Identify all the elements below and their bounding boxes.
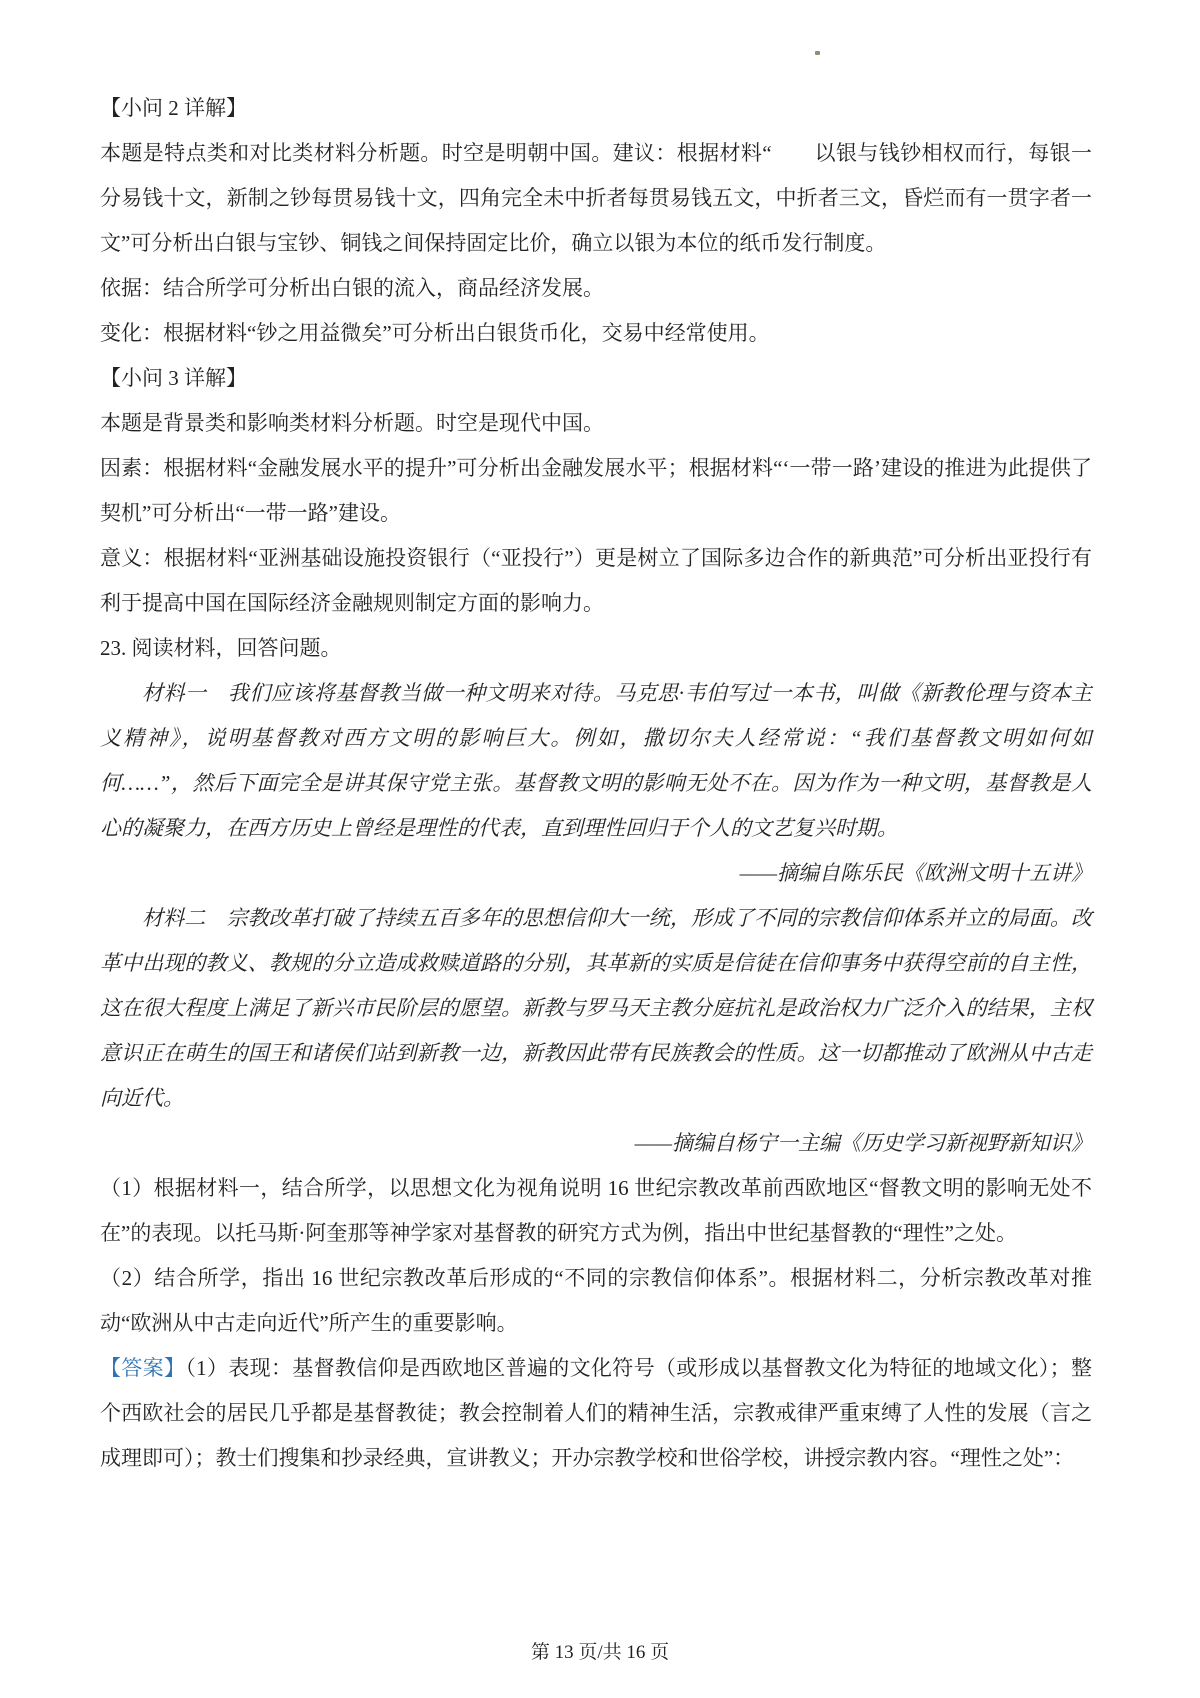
question-23-part-1: （1）根据材料一，结合所学，以思想文化为视角说明 16 世纪宗教改革前西欧地区“…: [100, 1166, 1092, 1256]
question-23-part-2: （2）结合所学，指出 16 世纪宗教改革后形成的“不同的宗教信仰体系”。根据材料…: [100, 1256, 1092, 1346]
answer-text: （1）表现：基督教信仰是西欧地区普遍的文化符号（或形成以基督教文化为特征的地域文…: [100, 1356, 1092, 1470]
answer-paragraph: 【答案】（1）表现：基督教信仰是西欧地区普遍的文化符号（或形成以基督教文化为特征…: [100, 1346, 1092, 1481]
subquestion-2-analysis: 本题是特点类和对比类材料分析题。时空是明朝中国。建议：根据材料“ 以银与钱钞相权…: [100, 131, 1092, 266]
document-page: 【小问 2 详解】 本题是特点类和对比类材料分析题。时空是明朝中国。建议：根据材…: [0, 0, 1200, 1698]
page-mark-dot: [815, 51, 820, 55]
question-23-intro: 23. 阅读材料，回答问题。: [100, 626, 1092, 671]
material-two-text: 材料二 宗教改革打破了持续五百多年的思想信仰大一统，形成了不同的宗教信仰体系并立…: [100, 896, 1092, 1121]
answer-label: 【答案】: [100, 1356, 185, 1380]
subquestion-3-significance: 意义：根据材料“亚洲基础设施投资银行（“亚投行”）更是树立了国际多边合作的新典范…: [100, 536, 1092, 626]
document-body: 【小问 2 详解】 本题是特点类和对比类材料分析题。时空是明朝中国。建议：根据材…: [100, 86, 1092, 1481]
material-one-source: ——摘编自陈乐民《欧洲文明十五讲》: [100, 851, 1092, 896]
subquestion-3-factors: 因素：根据材料“金融发展水平的提升”可分析出金融发展水平；根据材料“‘一带一路’…: [100, 446, 1092, 536]
material-two-source: ——摘编自杨宁一主编《历史学习新视野新知识》: [100, 1121, 1092, 1166]
subquestion-3-heading: 【小问 3 详解】: [100, 356, 1092, 401]
material-one-text: 材料一 我们应该将基督教当做一种文明来对待。马克思·韦伯写过一本书，叫做《新教伦…: [100, 671, 1092, 851]
page-number: 第 13 页/共 16 页: [0, 1638, 1200, 1668]
subquestion-3-analysis: 本题是背景类和影响类材料分析题。时空是现代中国。: [100, 401, 1092, 446]
subquestion-2-change: 变化：根据材料“钞之用益微矣”可分析出白银货币化，交易中经常使用。: [100, 311, 1092, 356]
subquestion-2-basis: 依据：结合所学可分析出白银的流入，商品经济发展。: [100, 266, 1092, 311]
subquestion-2-heading: 【小问 2 详解】: [100, 86, 1092, 131]
